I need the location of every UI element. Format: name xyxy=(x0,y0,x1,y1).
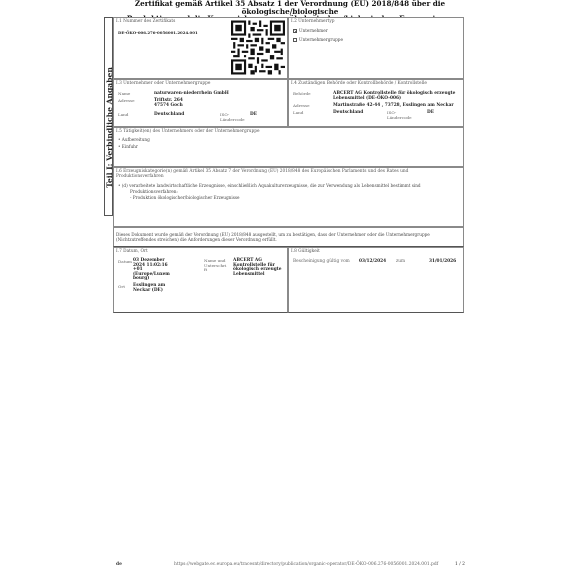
signature-line: Lebensmittel xyxy=(233,273,282,278)
footer-page-number: 1 / 2 xyxy=(455,562,465,567)
authority-name: ABCERT AG Kontrollstelle für ökologisch … xyxy=(333,91,455,101)
date-label: Datum xyxy=(118,259,132,264)
iso-label-2: Ländercode xyxy=(220,117,245,122)
authority-address: Martinstraße 42-44 , 73728, Esslingen am… xyxy=(333,103,454,108)
option-operator[interactable]: ✕Unternehmer xyxy=(293,28,328,33)
footer-url[interactable]: https://webgate.ec.europa.eu/tracesnt/di… xyxy=(174,562,438,567)
section-validity: I.8 Gültigkeit Bescheinigung gültig vom … xyxy=(288,247,464,313)
option-operator-group[interactable]: Unternehmergruppe xyxy=(293,37,343,42)
valid-from-date: 03/12/2024 xyxy=(359,259,386,264)
date-line: bourg) xyxy=(133,277,170,282)
operator-name: naturwaren-niederrhein GmbH xyxy=(154,91,229,96)
option-label: Unternehmer xyxy=(299,28,328,33)
checkbox-empty-icon[interactable] xyxy=(293,38,297,42)
section-heading: I.1 Nummer des Zertifikats xyxy=(116,19,175,24)
production-method-item: - Produktion ökologischer/biologischer E… xyxy=(130,195,239,200)
country-label: Land xyxy=(118,112,128,117)
section-activities: I.5 Tätigkeit(en) des Unternehmers oder … xyxy=(113,127,464,167)
section-operator-type: I.2 Unternehmertyp ✕Unternehmer Unterneh… xyxy=(288,17,464,79)
place-value: Esslingen am Neckar (DE) xyxy=(133,284,165,293)
signature-value: ABCERT AG Kontrollstelle für ökologisch … xyxy=(233,259,282,277)
activity-item: • Aufbereitung xyxy=(118,137,150,142)
section-heading: I.8 Gültigkeit xyxy=(291,249,320,254)
signature-label: Name und Unterschri ft xyxy=(204,259,226,273)
activity-item: • Einfuhr xyxy=(118,144,138,149)
section-heading: I.4 Zuständigen Behörde oder Kontrollbeh… xyxy=(291,81,427,86)
declaration: Dieses Dokument wurde gemäß der Verordnu… xyxy=(113,227,464,247)
section-heading: I.7 Datum, Ort xyxy=(116,249,148,254)
section-operator: I.3 Unternehmer oder Unternehmergruppe N… xyxy=(113,79,288,127)
qr-code-icon xyxy=(231,20,285,75)
section-heading: I.6 Erzeugniskategorie(n) gemäß Artikel … xyxy=(116,169,408,179)
signature-label-line: Unterschri xyxy=(204,264,226,269)
address-label: Adresse xyxy=(293,103,310,108)
valid-to-label: zum xyxy=(396,259,405,264)
iso-label-2: Ländercode xyxy=(387,115,412,120)
authority-label: Behörde xyxy=(293,91,311,96)
authority-iso-code: DE xyxy=(427,110,434,115)
section-product-categories: I.6 Erzeugniskategorie(n) gemäß Artikel … xyxy=(113,167,464,227)
heading-line-2: Produktionsverfahren xyxy=(116,174,408,179)
date-value: 03 Dezember 2024 11:02:16 +01 (Europe/Lu… xyxy=(133,259,170,282)
authority-line-2: Lebensmittel (DE-ÖKO-006) xyxy=(333,96,455,101)
checkbox-checked-icon[interactable]: ✕ xyxy=(293,29,297,33)
signature-label-line: ft xyxy=(204,268,226,273)
address-line-2: 47574 Goch xyxy=(154,103,183,108)
section-heading: I.3 Unternehmer oder Unternehmergruppe xyxy=(116,81,210,86)
valid-to-date: 31/01/2026 xyxy=(429,259,456,264)
place-label: Ort xyxy=(118,284,125,289)
operator-address: Triftstr. 264 47574 Goch xyxy=(154,98,183,108)
place-line: Neckar (DE) xyxy=(133,289,165,294)
footer-language: de xyxy=(116,562,122,567)
declaration-text: Dieses Dokument wurde gemäß der Verordnu… xyxy=(116,233,430,242)
operator-iso-code: DE xyxy=(250,112,257,117)
title-line-1: Zertifikat gemäß Artikel 35 Absatz 1 der… xyxy=(98,0,482,15)
operator-country: Deutschland xyxy=(154,112,184,117)
production-method-label: Produktionsverfahren: xyxy=(130,189,178,194)
declaration-line-2: (Nichtzutreffendes streichen) die Anford… xyxy=(116,238,430,243)
section-authority: I.4 Zuständigen Behörde oder Kontrollbeh… xyxy=(288,79,464,127)
section-date-place: I.7 Datum, Ort Datum 03 Dezember 2024 11… xyxy=(113,247,288,313)
section-heading: I.2 Unternehmertyp xyxy=(291,19,335,24)
name-label: Name xyxy=(118,91,130,96)
authority-country: Deutschland xyxy=(333,110,363,115)
section-heading: I.5 Tätigkeit(en) des Unternehmers oder … xyxy=(116,129,260,134)
valid-from-label: Bescheinigung gültig vom xyxy=(293,259,350,264)
address-label: Adresse xyxy=(118,98,135,103)
country-label: Land xyxy=(293,110,303,115)
category-item: • (d) verarbeitete landwirtschaftliche E… xyxy=(118,183,421,188)
option-label: Unternehmergruppe xyxy=(299,37,343,42)
certificate-number: DE-ÖKO-006.276-0056001.2024.001 xyxy=(118,30,198,35)
iso-label: ISO- Ländercode xyxy=(220,112,245,122)
iso-label: ISO- Ländercode xyxy=(387,110,412,120)
